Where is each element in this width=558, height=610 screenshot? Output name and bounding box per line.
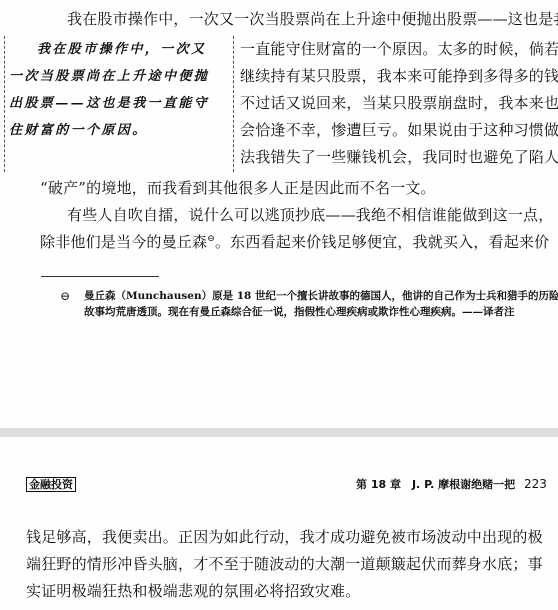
footnote-line: 故事均荒唐透顶。现在有曼丘森综合征一说，指假性心理疾病或欺诈性心理疾病。——译者… [84,305,515,319]
body-line: 我在股市操作中，一次又一次当股票尚在上升途中便抛出股票——这也是我 [67,10,558,28]
pullquote-line: 住财富的一个原因。 [9,123,148,139]
body-line: 不过话又说回来，当某只股票崩盘时，我本来也 [240,94,558,112]
body-line: 钱足够高，我便卖出。正因为如此行动，我才成功避免被市场波动中出现的极 [26,528,543,546]
book-page-top: 我在股市操作中，一次又一次当股票尚在上升途中便抛出股票——这也是我 我在股市操作… [0,0,558,428]
series-tag: 金融投资 [26,477,76,492]
pullquote-line: 我在股市操作中，一次又 [37,42,206,58]
body-line: 端狂野的情形冲昏头脑，才不至于随波动的大潮一道颠簸起伏而葬身水底；事 [26,555,543,573]
body-line: 继续持有某只股票，我本来可能挣到多得多的钱， [240,67,558,85]
body-text: 。东西看起来价钱足够便宜，我就买入，看起来价 [215,233,549,251]
body-line: 法我错失了一些赚钱机会，我同时也避免了陷人 [240,148,558,166]
body-text: 除非他们是当今的曼丘森 [40,233,207,251]
body-line: 实证明极端狂热和极端悲观的氛围必将招致灾难。 [26,582,360,600]
page-number: 223 [524,478,547,491]
pullquote-line: 一次当股票尚在上升途中便抛 [9,69,209,85]
body-line: 一直能守住财富的一个原因。太多的时候，倘若 [240,40,558,58]
footnote-line: 曼丘森（Munchausen）原是 18 世纪一个擅长讲故事的德国人，他讲的自己… [84,289,558,303]
footnote-marker-icon: ⊖ [60,289,70,303]
page-separator [0,428,558,437]
body-line: 会恰逢不幸，惨遭巨亏。如果说由于这种习惯做 [240,121,558,139]
body-line: “破产”的境地，而我看到其他很多人正是因此而不名一文。 [40,179,436,197]
footnote-reference[interactable]: ⊖ [207,234,215,244]
footnote-divider [41,276,159,277]
pullquote-box: 我在股市操作中，一次又 一次当股票尚在上升途中便抛 出股票——这也是我一直能守 … [4,36,234,172]
chapter-running-head: 第 18 章 J. P. 摩根谢绝赌一把 [356,478,515,491]
body-line: 除非他们是当今的曼丘森⊖。东西看起来价钱足够便宜，我就买入，看起来价 [40,233,549,251]
pullquote-line: 出股票——这也是我一直能守 [9,96,209,112]
body-line: 有些人自吹自擂，说什么可以逃顶抄底——我绝不相信谁能做到这一点， [67,206,553,224]
